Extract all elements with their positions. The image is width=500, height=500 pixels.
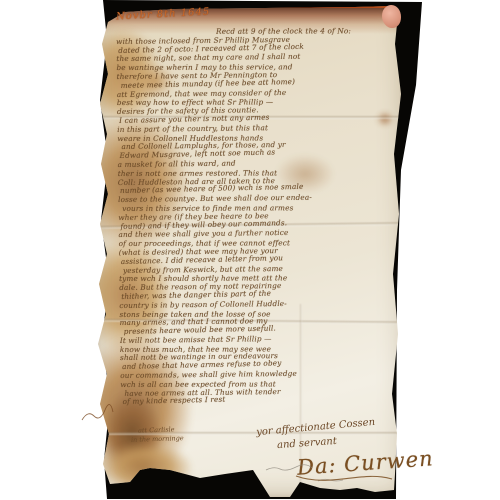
annotation-squiggles	[0, 0, 500, 500]
ink-scribble	[82, 404, 113, 420]
pencil-annotation	[266, 465, 312, 470]
manuscript-photo-scan: Novbr 8th 1645 Recd att 9 of the clock t…	[0, 0, 500, 500]
signature-flourish	[296, 476, 392, 480]
